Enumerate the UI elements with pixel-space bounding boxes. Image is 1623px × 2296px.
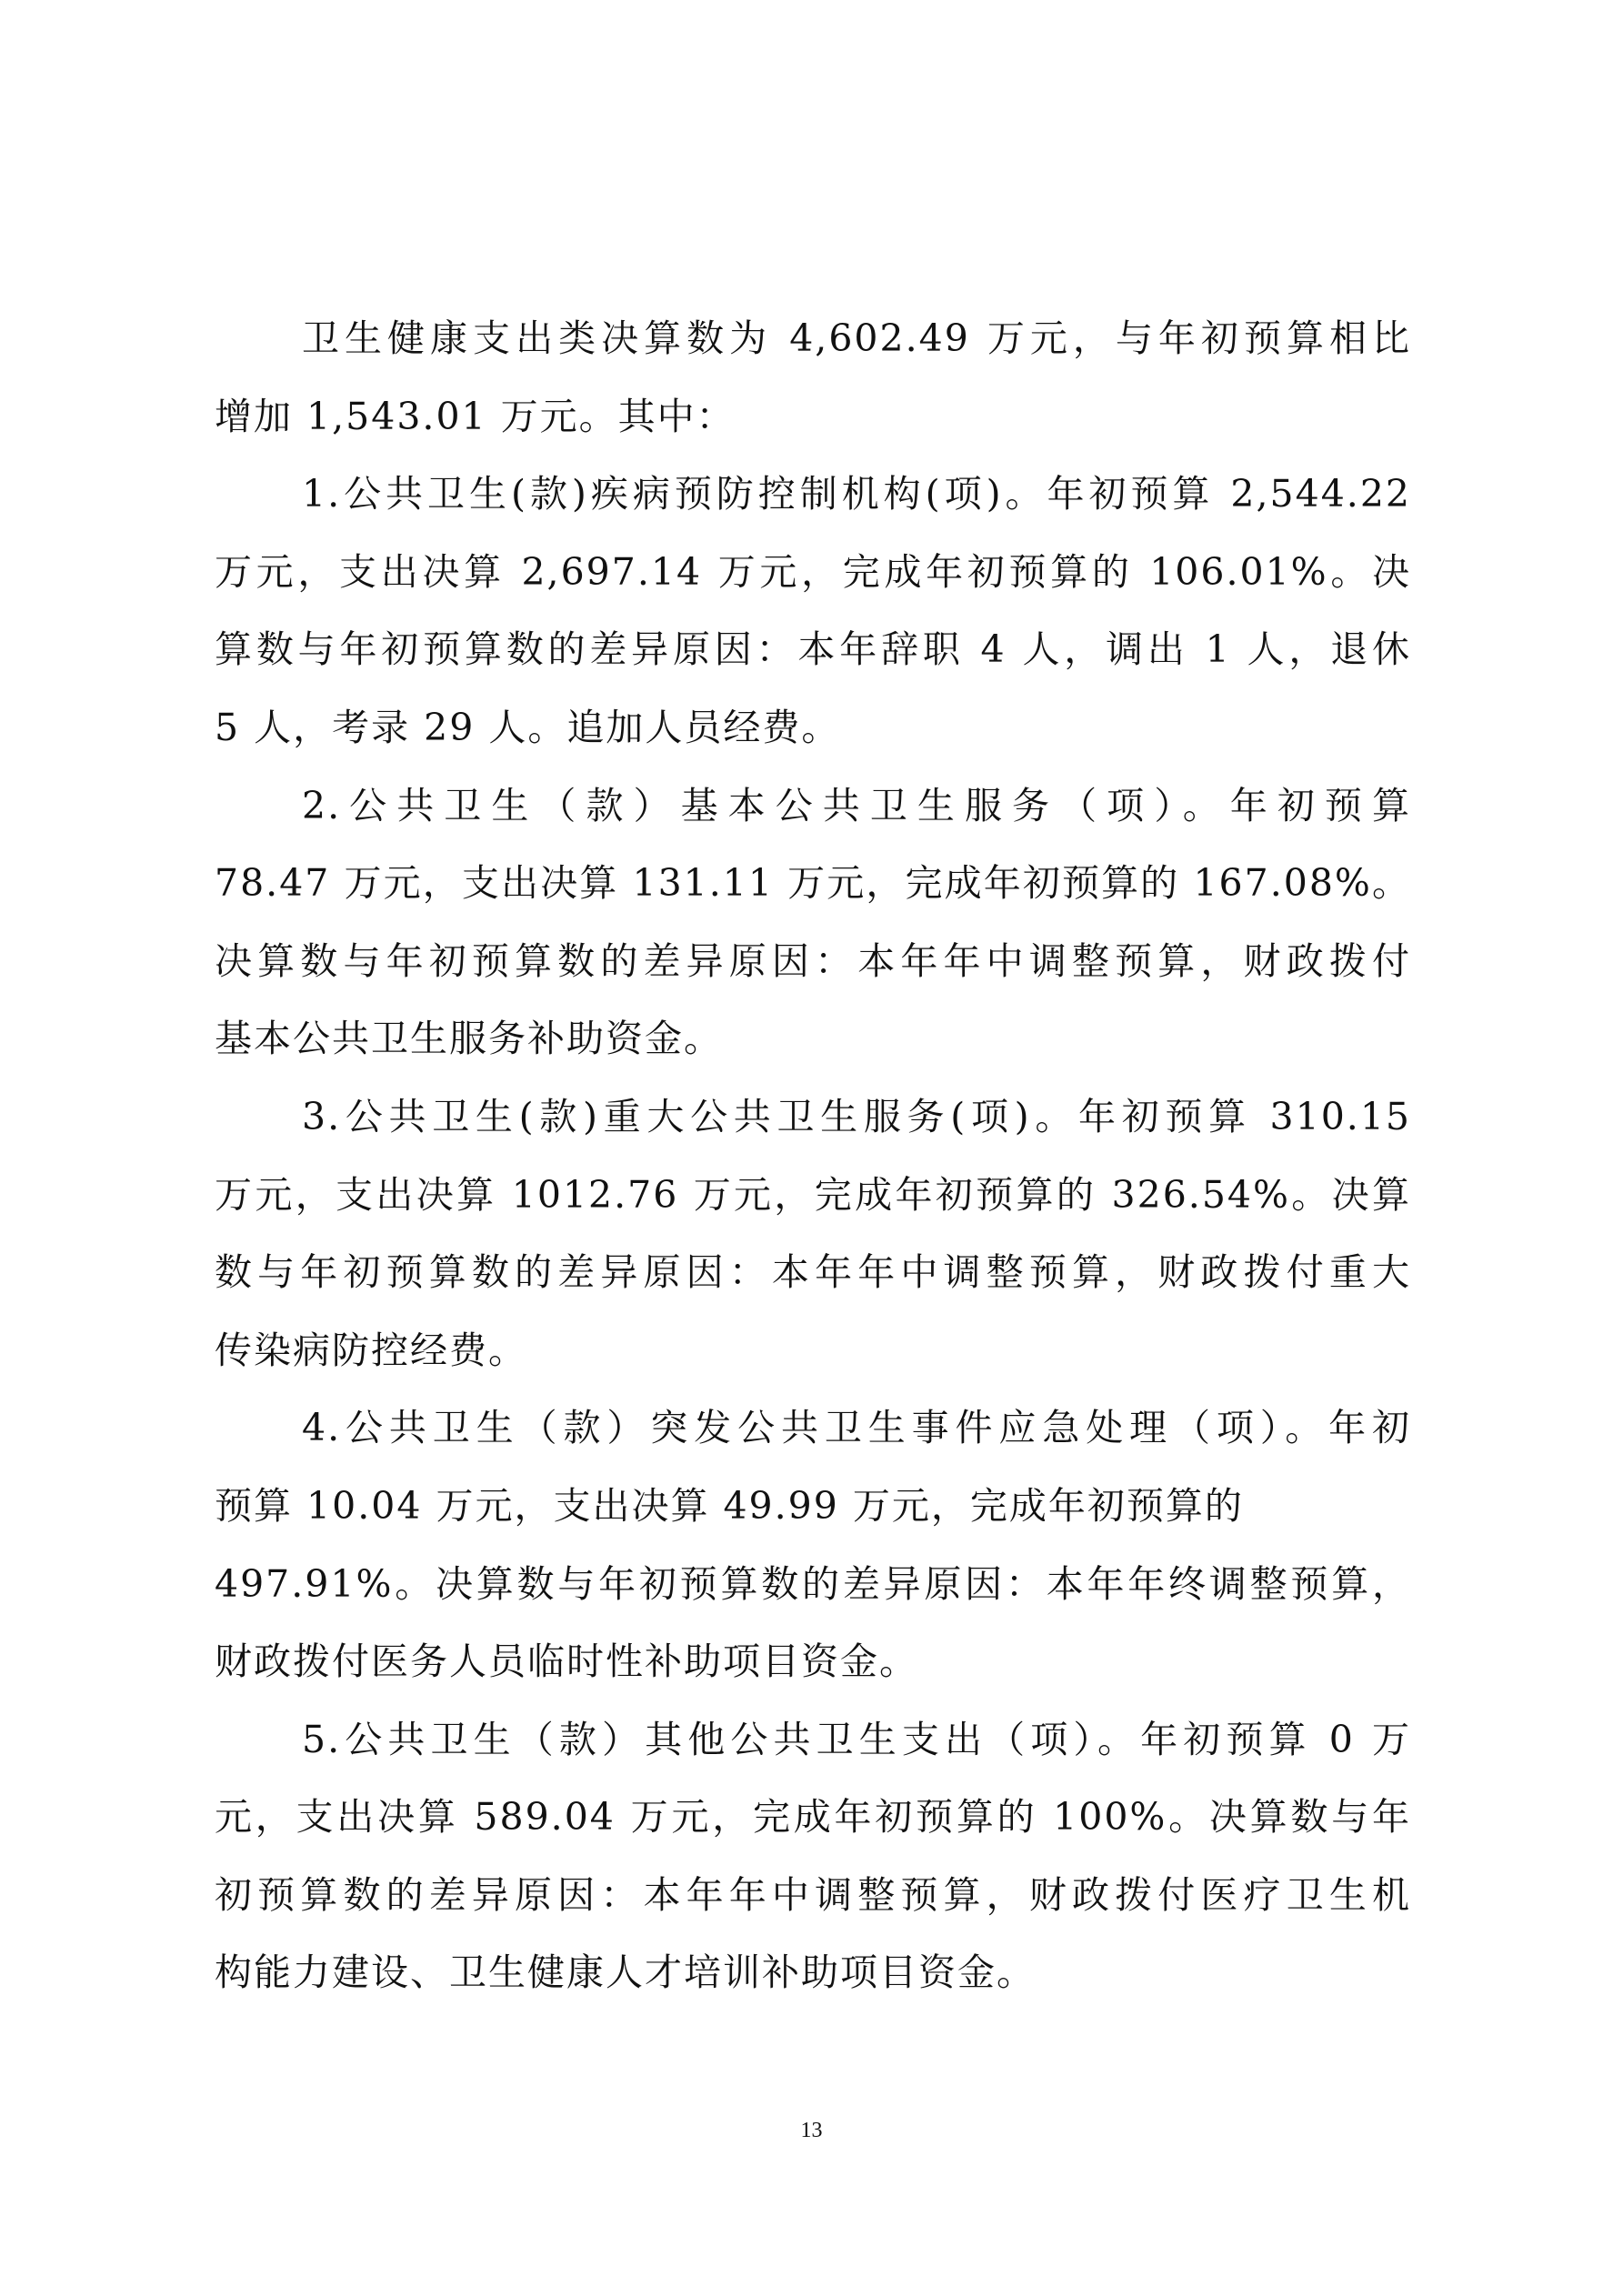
page-number: 13 (0, 2119, 1623, 2143)
paragraph-item-5: 5.公共卫生（款）其他公共卫生支出（项）。年初预算 0 万 元，支出决算 589… (215, 1701, 1411, 2012)
text-line: 初预算数的差异原因：本年年中调整预算，财政拨付医疗卫生机 (215, 1857, 1411, 1935)
text-line: 数与年初预算数的差异原因：本年年中调整预算，财政拨付重大 (215, 1234, 1411, 1312)
paragraph-item-3: 3.公共卫生(款)重大公共卫生服务(项)。年初预算 310.15 万元，支出决算… (215, 1078, 1411, 1389)
text-line: 4.公共卫生（款）突发公共卫生事件应急处理（项）。年初 (215, 1389, 1411, 1468)
paragraph-item-4: 4.公共卫生（款）突发公共卫生事件应急处理（项）。年初 预算 10.04 万元，… (215, 1389, 1411, 1700)
text-line: 3.公共卫生(款)重大公共卫生服务(项)。年初预算 310.15 (215, 1078, 1411, 1157)
text-line: 2.公共卫生（款）基本公共卫生服务（项）。年初预算 (215, 767, 1411, 846)
text-line: 497.91%。决算数与年初预算数的差异原因：本年年终调整预算， (215, 1546, 1411, 1624)
text-line: 卫生健康支出类决算数为 4,602.49 万元，与年初预算相比 (215, 300, 1411, 378)
paragraph-item-1: 1.公共卫生(款)疾病预防控制机构(项)。年初预算 2,544.22 万元，支出… (215, 456, 1411, 767)
text-line: 增加 1,543.01 万元。其中： (215, 378, 1411, 456)
text-line: 构能力建设、卫生健康人才培训补助项目资金。 (215, 1934, 1411, 2012)
text-line: 基本公共卫生服务补助资金。 (215, 1000, 1411, 1078)
text-line: 5 人，考录 29 人。追加人员经费。 (215, 689, 1411, 767)
text-line: 元，支出决算 589.04 万元，完成年初预算的 100%。决算数与年 (215, 1779, 1411, 1857)
text-line: 传染病防控经费。 (215, 1312, 1411, 1390)
text-line: 1.公共卫生(款)疾病预防控制机构(项)。年初预算 2,544.22 (215, 456, 1411, 534)
paragraph-summary: 卫生健康支出类决算数为 4,602.49 万元，与年初预算相比 增加 1,543… (215, 300, 1411, 456)
text-line: 78.47 万元，支出决算 131.11 万元，完成年初预算的 167.08%。 (215, 845, 1411, 923)
text-line: 5.公共卫生（款）其他公共卫生支出（项）。年初预算 0 万 (215, 1701, 1411, 1780)
document-page: 卫生健康支出类决算数为 4,602.49 万元，与年初预算相比 增加 1,543… (0, 0, 1623, 2296)
paragraph-item-2: 2.公共卫生（款）基本公共卫生服务（项）。年初预算 78.47 万元，支出决算 … (215, 767, 1411, 1078)
text-line: 算数与年初预算数的差异原因：本年辞职 4 人，调出 1 人，退休 (215, 611, 1411, 689)
text-line: 万元，支出决算 1012.76 万元，完成年初预算的 326.54%。决算 (215, 1157, 1411, 1235)
text-line: 决算数与年初预算数的差异原因：本年年中调整预算，财政拨付 (215, 923, 1411, 1001)
text-line: 预算 10.04 万元，支出决算 49.99 万元，完成年初预算的 (215, 1468, 1411, 1546)
text-line: 万元，支出决算 2,697.14 万元，完成年初预算的 106.01%。决 (215, 534, 1411, 612)
text-line: 财政拨付医务人员临时性补助项目资金。 (215, 1623, 1411, 1701)
document-body: 卫生健康支出类决算数为 4,602.49 万元，与年初预算相比 增加 1,543… (215, 300, 1411, 2012)
